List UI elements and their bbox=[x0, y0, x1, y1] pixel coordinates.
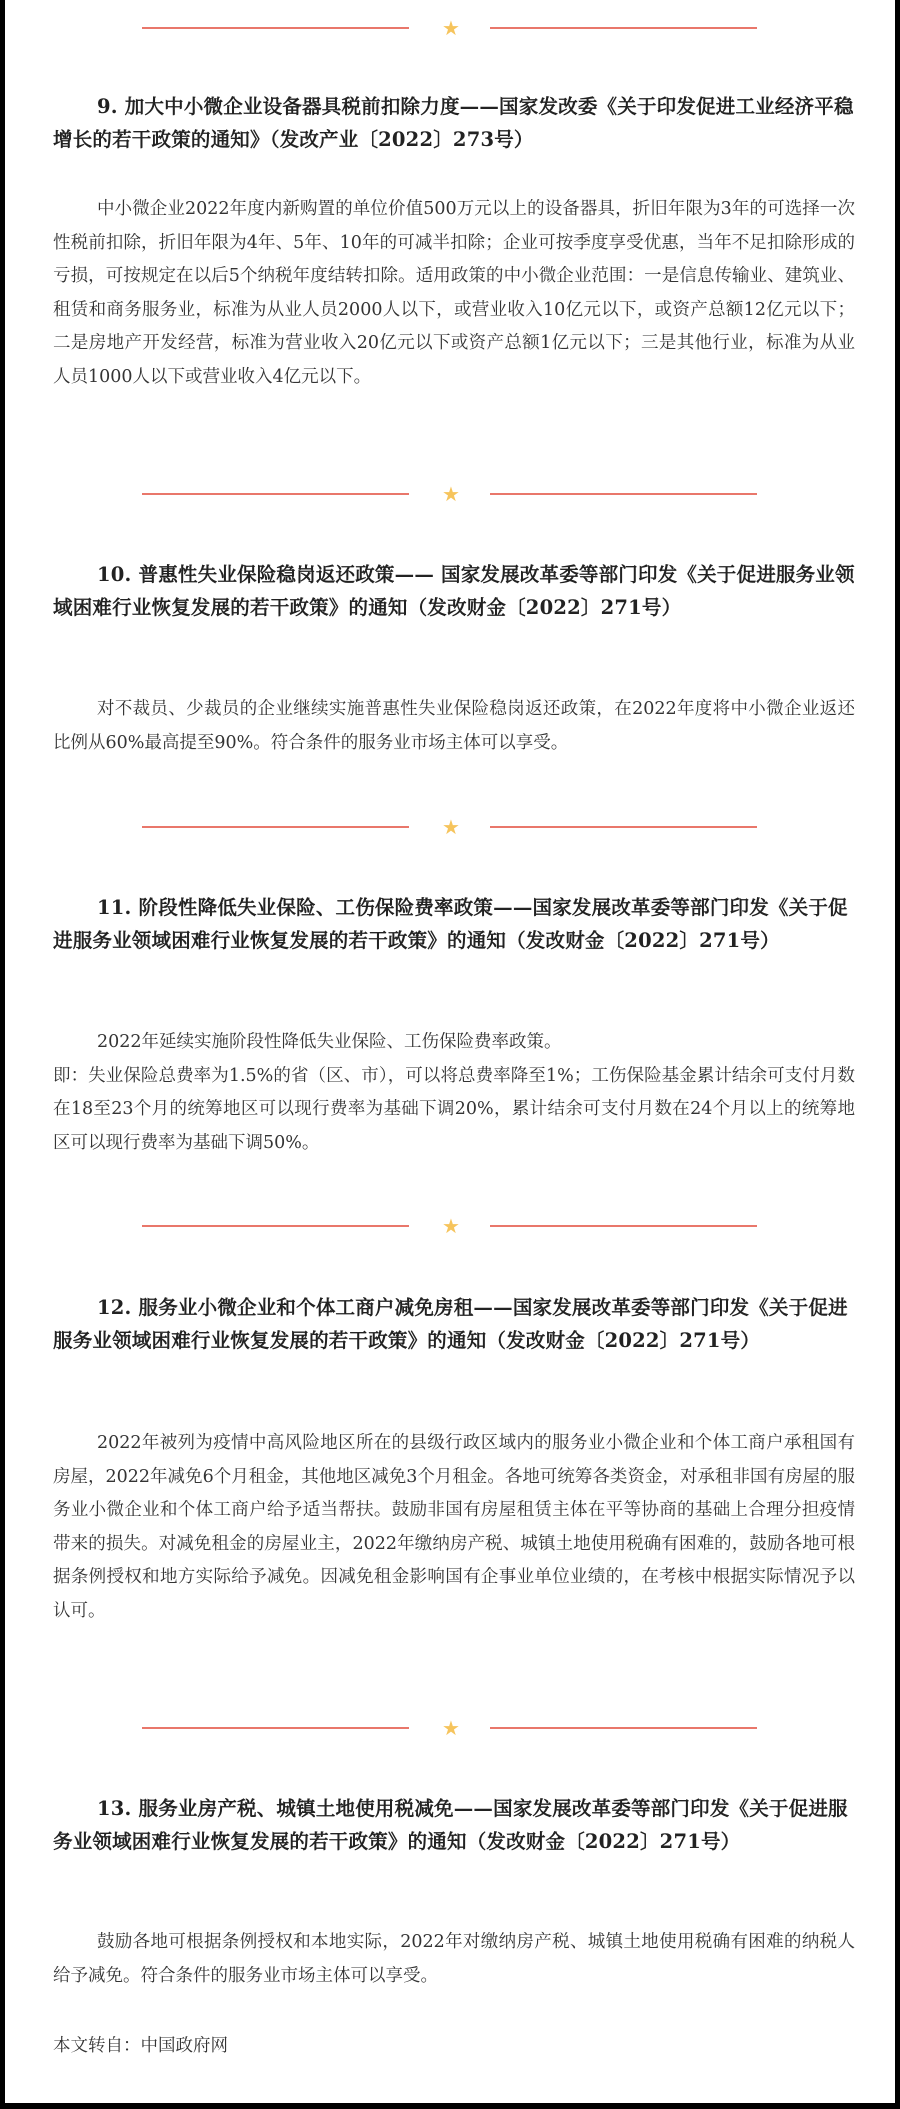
divider-line-left bbox=[142, 27, 409, 29]
star-icon: ★ bbox=[439, 815, 463, 839]
section-heading-12: 12. 服务业小微企业和个体工商户减免房租——国家发展改革委等部门印发《关于促进… bbox=[53, 1291, 855, 1357]
section-divider: ★ bbox=[5, 16, 895, 40]
paragraph: 即：失业保险总费率为1.5%的省（区、市），可以将总费率降至1%；工伤保险基金累… bbox=[53, 1060, 855, 1161]
section-divider: ★ bbox=[5, 1214, 895, 1238]
star-icon: ★ bbox=[439, 482, 463, 506]
section-divider: ★ bbox=[5, 482, 895, 506]
divider-line-right bbox=[490, 1727, 757, 1729]
section-body-11: 2022年延续实施阶段性降低失业保险、工伤保险费率政策。 即：失业保险总费率为1… bbox=[53, 1026, 855, 1160]
divider-line-right bbox=[490, 27, 757, 29]
section-heading-9: 9. 加大中小微企业设备器具税前扣除力度——国家发改委《关于印发促进工业经济平稳… bbox=[53, 90, 855, 156]
star-icon: ★ bbox=[439, 16, 463, 40]
paragraph: 2022年延续实施阶段性降低失业保险、工伤保险费率政策。 bbox=[53, 1026, 855, 1060]
article-source: 本文转自：中国政府网 bbox=[53, 2031, 228, 2061]
section-body-13: 鼓励各地可根据条例授权和本地实际，2022年对缴纳房产税、城镇土地使用税确有困难… bbox=[53, 1926, 855, 1993]
section-body-12: 2022年被列为疫情中高风险地区所在的县级行政区域内的服务业小微企业和个体工商户… bbox=[53, 1427, 855, 1628]
paragraph: 鼓励各地可根据条例授权和本地实际，2022年对缴纳房产税、城镇土地使用税确有困难… bbox=[53, 1926, 855, 1993]
divider-line-right bbox=[490, 1225, 757, 1227]
paragraph: 2022年被列为疫情中高风险地区所在的县级行政区域内的服务业小微企业和个体工商户… bbox=[53, 1427, 855, 1628]
section-divider: ★ bbox=[5, 815, 895, 839]
star-icon: ★ bbox=[439, 1214, 463, 1238]
section-body-10: 对不裁员、少裁员的企业继续实施普惠性失业保险稳岗返还政策，在2022年度将中小微… bbox=[53, 693, 855, 760]
section-heading-11: 11. 阶段性降低失业保险、工伤保险费率政策——国家发展改革委等部门印发《关于促… bbox=[53, 891, 855, 957]
paragraph: 对不裁员、少裁员的企业继续实施普惠性失业保险稳岗返还政策，在2022年度将中小微… bbox=[53, 693, 855, 760]
divider-line-left bbox=[142, 493, 409, 495]
section-heading-13: 13. 服务业房产税、城镇土地使用税减免——国家发展改革委等部门印发《关于促进服… bbox=[53, 1792, 855, 1858]
section-body-9: 中小微企业2022年度内新购置的单位价值500万元以上的设备器具，折旧年限为3年… bbox=[53, 193, 855, 394]
divider-line-right bbox=[490, 826, 757, 828]
divider-line-left bbox=[142, 826, 409, 828]
star-icon: ★ bbox=[439, 1716, 463, 1740]
divider-line-left bbox=[142, 1225, 409, 1227]
section-divider: ★ bbox=[5, 1716, 895, 1740]
section-heading-10: 10. 普惠性失业保险稳岗返还政策—— 国家发展改革委等部门印发《关于促进服务业… bbox=[53, 558, 855, 624]
paragraph: 中小微企业2022年度内新购置的单位价值500万元以上的设备器具，折旧年限为3年… bbox=[53, 193, 855, 394]
divider-line-left bbox=[142, 1727, 409, 1729]
divider-line-right bbox=[490, 493, 757, 495]
article-page: ★ 9. 加大中小微企业设备器具税前扣除力度——国家发改委《关于印发促进工业经济… bbox=[0, 0, 900, 2109]
